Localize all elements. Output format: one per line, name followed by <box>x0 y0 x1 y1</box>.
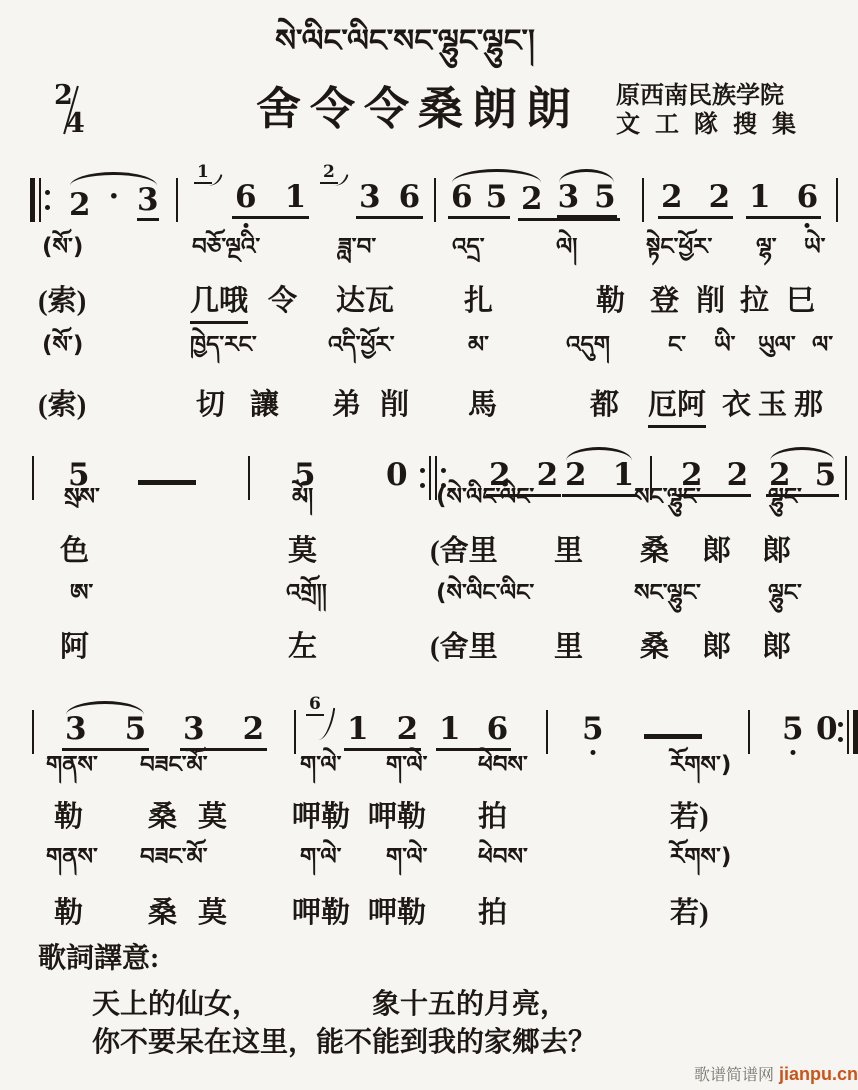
note: 2 <box>521 184 543 215</box>
tibetan-syllable: ཟླ་བ་ <box>338 234 376 262</box>
tibetan-syllable: ལྷུང་ <box>768 580 802 608</box>
tibetan-lyric-row-9: གནས་བཟང་མོ་ག་ལེ་ག་ལེ་ཕེབས་རོགས་) <box>0 752 858 798</box>
tibetan-syllable: ཕེབས་ <box>478 844 528 872</box>
translation-heading: 歌詞譯意: <box>38 936 159 976</box>
tibetan-syllable: སང་ལྷུང་ <box>634 484 701 512</box>
slur <box>559 169 614 183</box>
tibetan-syllable: འགྲོ།། <box>286 580 327 608</box>
tibetan-syllable: གནས་ <box>46 752 98 780</box>
beam-group: 65 <box>448 182 510 219</box>
chinese-lyric-syllable: 登 <box>650 284 679 319</box>
tibetan-syllable: འདི་ཕྱོར་ <box>328 332 395 360</box>
tibetan-syllable: ག་ལེ་ <box>300 844 341 872</box>
translation-line2: 你不要呆在这里，能不能到我的家郷去？ <box>92 1020 596 1060</box>
watermark-site-name: 歌谱简谱网 <box>694 1067 774 1084</box>
note: 2 <box>243 714 265 745</box>
tibetan-syllable: སྲས་ <box>64 484 100 512</box>
chinese-lyric-syllable: 切 <box>196 388 225 423</box>
grace-note: 2 <box>320 164 338 184</box>
note: 2 <box>709 182 731 213</box>
tibetan-syllable: ཡི་ <box>714 332 736 360</box>
barline <box>642 178 644 222</box>
chinese-lyric-syllable: 拍 <box>478 800 507 835</box>
translation-line1-part2: 象十五的月亮， <box>372 982 568 1022</box>
barline <box>748 710 750 754</box>
chinese-lyric-syllable: 那 <box>794 388 823 423</box>
barline <box>434 178 436 222</box>
time-signature: 2 4 <box>52 82 98 138</box>
beam-group: 235 <box>518 182 620 221</box>
note: 3 <box>359 182 381 213</box>
tibetan-syllable: གནས་ <box>46 844 98 872</box>
tibetan-syllable: སྟེང་ཕྱོར་ <box>646 234 712 262</box>
chinese-lyric-syllable: 巳 <box>786 284 815 319</box>
slur <box>770 447 834 461</box>
repeat-dot <box>45 205 50 210</box>
slur <box>566 447 632 461</box>
repeat-dot <box>45 190 50 195</box>
chinese-lyric-syllable: 呷勒 <box>368 800 426 835</box>
repeat-barline <box>30 178 35 222</box>
tibetan-syllable: (སོ་) <box>42 234 83 262</box>
tibetan-lyric-row-1: (སོ་)བཅོ་ལྔའི་ཟླ་བ་འདྲ་ལེ།སྟེང་ཕྱོར་ལྷ་ཡ… <box>0 234 858 280</box>
chinese-lyric-syllable: 几哦 <box>190 284 248 324</box>
note: 6 <box>451 182 473 213</box>
note: 3 <box>558 182 580 213</box>
repeat-sign-rbegin <box>30 178 50 222</box>
grace-note: 1 <box>194 164 212 184</box>
chinese-lyric-syllable: (舍里 <box>430 630 498 665</box>
tibetan-syllable: ཕེབས་ <box>478 752 528 780</box>
tibetan-lyric-row-5: སྲས་མོ།(སེ་ལིང་ལིང་སང་ལྷུང་ལྷུང་ <box>0 484 858 530</box>
sheet-music-page: སེ་ལིང་ལིང་སང་ལྷུང་ལྷུང་། 2 4 舍令令桑朗朗 原西南… <box>0 0 858 1090</box>
note: 1 <box>347 714 369 745</box>
half-note-dash <box>644 734 702 739</box>
chinese-lyric-syllable: 桑 <box>148 896 177 931</box>
chinese-lyric-syllable: 里 <box>554 534 583 569</box>
chinese-lyric-syllable: 勒 <box>54 896 83 931</box>
chinese-lyric-syllable: 郞 <box>762 630 791 665</box>
tibetan-syllable: སང་ལྷུང་ <box>634 580 701 608</box>
note: 5 <box>782 714 804 745</box>
note: 5 <box>486 182 508 213</box>
tibetan-lyric-row-11: གནས་བཟང་མོ་ག་ལེ་ག་ལེ་ཕེབས་རོགས་) <box>0 844 858 890</box>
beam-group: 35 <box>62 714 149 751</box>
tibetan-syllable: (སོ་) <box>42 332 83 360</box>
chinese-lyric-syllable: (舍里 <box>430 534 498 569</box>
beam-group: 16 <box>436 714 511 751</box>
repeat-barline <box>847 710 849 754</box>
collector-credit: 原西南民族学院 文工隊搜集 <box>616 82 811 141</box>
chinese-lyric-syllable: 厄阿 <box>648 388 706 428</box>
chinese-lyric-syllable: 郞 <box>762 534 791 569</box>
tibetan-syllable: ཡུལ་ <box>758 332 796 360</box>
chinese-lyric-row-4: (索)切讓弟削馬都厄阿衣玉那 <box>0 388 858 434</box>
tibetan-syllable: ག་ལེ་ <box>300 752 341 780</box>
barline <box>176 178 178 222</box>
note: 1 <box>439 714 461 745</box>
repeat-sign-rend <box>838 710 858 754</box>
chinese-lyric-syllable: 削 <box>380 388 409 423</box>
chinese-lyric-syllable: 郞 <box>702 534 731 569</box>
repeat-dots <box>838 710 843 754</box>
slur <box>70 172 157 186</box>
chinese-lyric-syllable: 勒 <box>54 800 83 835</box>
chinese-lyric-syllable: 削 <box>696 284 725 319</box>
time-signature-denominator: 4 <box>66 110 85 137</box>
chinese-lyric-syllable: (索) <box>38 388 86 423</box>
tibetan-syllable: བཅོ་ལྔའི་ <box>192 234 260 262</box>
beam-group: 36 <box>356 182 423 219</box>
notation-line-1: 2·3161236652352216 <box>0 164 858 238</box>
chinese-lyric-syllable: 扎 <box>464 284 493 319</box>
chinese-lyric-row-10: 勒桑莫呷勒呷勒拍若) <box>0 800 858 846</box>
chinese-lyric-syllable: 桑 <box>640 630 669 665</box>
tibetan-syllable: རོགས་) <box>670 752 731 780</box>
chinese-lyric-syllable: 里 <box>554 630 583 665</box>
note: 3 <box>183 714 205 745</box>
chinese-lyric-row-8: 阿左(舍里里桑郞郞 <box>0 630 858 676</box>
note: 5 <box>582 714 604 745</box>
chinese-lyric-syllable: 桑 <box>640 534 669 569</box>
note: 6 <box>399 182 421 213</box>
collector-line-2: 文工隊搜集 <box>616 111 811 140</box>
repeat-dots <box>45 178 50 222</box>
note: 2 <box>397 714 419 745</box>
chinese-lyric-syllable: 呷勒 <box>368 896 426 931</box>
tibetan-syllable: ལྷ་ <box>756 234 777 262</box>
tibetan-syllable: ལ་ <box>812 332 833 360</box>
beam-group: 61 <box>232 182 309 219</box>
beam-group: 12 <box>344 714 421 751</box>
chinese-lyric-syllable: 都 <box>590 388 619 423</box>
tibetan-syllable: བཟང་མོ་ <box>140 752 208 780</box>
translation-line1-part1: 天上的仙女， <box>92 982 260 1022</box>
augmentation-dot: · <box>109 182 119 212</box>
chinese-lyric-syllable: 弟 <box>332 388 361 423</box>
chinese-lyric-row-6: 色莫(舍里里桑郞郞 <box>0 534 858 580</box>
chinese-lyric-row-2: (索)几哦令达瓦扎勒登削拉巳 <box>0 284 858 330</box>
beam-group: 32 <box>180 714 267 751</box>
tibetan-syllable: ག་ལེ་ <box>386 844 427 872</box>
chinese-lyric-syllable: 玉 <box>758 388 787 423</box>
chinese-lyric-syllable: 拉 <box>740 284 769 319</box>
note: 2 <box>69 190 91 221</box>
tibetan-lyric-row-3: (སོ་)ཁྱེད་རང་འདི་ཕྱོར་མ་འདུགང་ཡི་ཡུལ་ལ་ <box>0 332 858 378</box>
repeat-dot <box>838 722 843 727</box>
beam-group: 16 <box>746 182 821 219</box>
chinese-lyric-syllable: 莫 <box>288 534 317 569</box>
tibetan-syllable: ཨ་ <box>70 580 93 608</box>
beam-group: 22 <box>658 182 733 219</box>
tibetan-syllable: ཁྱེད་རང་ <box>190 332 257 360</box>
chinese-lyric-syllable: 呷勒 <box>292 896 350 931</box>
tibetan-syllable: ལྷུང་ <box>768 484 802 512</box>
chinese-lyric-syllable: 若) <box>670 800 709 835</box>
beam-subgroup: 35 <box>557 182 617 218</box>
chinese-lyric-syllable: 桑 <box>148 800 177 835</box>
chinese-lyric-syllable: 衣 <box>722 388 751 423</box>
chinese-lyric-syllable: 达瓦 <box>336 284 394 319</box>
note: 6 <box>235 182 257 213</box>
tibetan-syllable: རོགས་) <box>670 844 731 872</box>
watermark-domain: jianpu.cn <box>779 1064 858 1084</box>
chinese-lyric-syllable: 郞 <box>702 630 731 665</box>
slur <box>66 701 144 715</box>
chinese-lyric-syllable: 讓 <box>250 388 279 423</box>
tibetan-syllable: ག་ལེ་ <box>386 752 427 780</box>
note: 3 <box>65 714 87 745</box>
tibetan-syllable: ལེ། <box>556 234 577 262</box>
chinese-lyric-syllable: 色 <box>60 534 89 569</box>
chinese-lyric-syllable: 若) <box>670 896 709 931</box>
time-signature-numerator: 2 <box>54 82 73 109</box>
tibetan-lyric-row-7: ཨ་འགྲོ།།(སེ་ལིང་ལིང་སང་ལྷུང་ལྷུང་ <box>0 580 858 626</box>
note: 5 <box>125 714 147 745</box>
beam-group: 2·3 <box>66 182 162 221</box>
chinese-lyric-syllable: 左 <box>288 630 317 665</box>
tibetan-syllable: མོ། <box>292 484 313 512</box>
note: 6 <box>797 182 819 213</box>
chinese-lyric-syllable: 呷勒 <box>292 800 350 835</box>
barline <box>546 710 548 754</box>
note: 2 <box>661 182 683 213</box>
note: 1 <box>285 182 307 213</box>
repeat-dot <box>441 468 446 473</box>
repeat-dot <box>838 737 843 742</box>
chinese-lyric-syllable: 莫 <box>198 896 227 931</box>
tibetan-syllable: བཟང་མོ་ <box>140 844 208 872</box>
note: 1 <box>749 182 771 213</box>
repeat-dot <box>420 468 425 473</box>
tibetan-syllable: འདུག <box>566 332 610 360</box>
tibetan-syllable: འདྲ་ <box>452 234 485 262</box>
note: 3 <box>137 185 159 221</box>
barline <box>836 178 838 222</box>
repeat-barline <box>853 710 858 754</box>
slur <box>452 169 541 183</box>
barline <box>294 710 296 754</box>
watermark: 歌谱简谱网jianpu.cn <box>694 1062 858 1085</box>
rest-note: 0 <box>816 714 838 745</box>
note: 6 <box>487 714 509 745</box>
tibetan-syllable: (སེ་ལིང་ལིང་ <box>436 484 534 512</box>
song-title: 舍令令桑朗朗 <box>256 72 580 137</box>
repeat-barline <box>39 178 41 222</box>
chinese-lyric-syllable: (索) <box>38 284 86 319</box>
collector-line-1: 原西南民族学院 <box>616 82 811 111</box>
barline <box>32 710 34 754</box>
tibetan-syllable: (སེ་ལིང་ལིང་ <box>436 580 534 608</box>
tibetan-syllable: མ་ <box>468 332 489 360</box>
tibetan-syllable: ང་ <box>668 332 686 360</box>
chinese-lyric-syllable: 令 <box>268 284 297 319</box>
chinese-lyric-syllable: 阿 <box>60 630 89 665</box>
grace-note: 6 <box>306 696 324 716</box>
tibetan-syllable: ཡེ་ <box>804 234 826 262</box>
chinese-lyric-syllable: 馬 <box>468 388 497 423</box>
chinese-lyric-syllable: 勒 <box>596 284 625 319</box>
chinese-lyric-syllable: 莫 <box>198 800 227 835</box>
note: 5 <box>594 182 616 213</box>
chinese-lyric-syllable: 拍 <box>478 896 507 931</box>
